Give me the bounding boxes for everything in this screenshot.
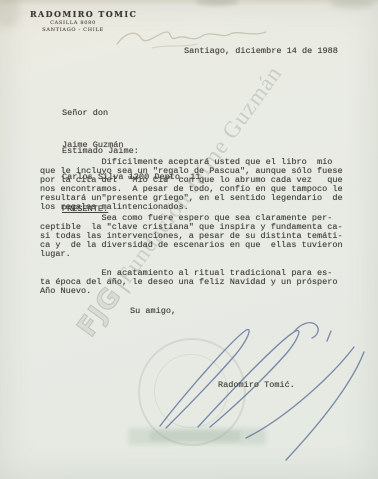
scanned-letter-page: FJG Fundación Jaime Guzmán RADOMIRO TOMI… — [0, 0, 378, 479]
emblem-inner-ring — [154, 354, 228, 428]
signer-name: Radomiro Tomić. — [218, 380, 295, 390]
faint-stamp — [128, 428, 266, 445]
letterhead-name: RADOMIRO TOMIC — [30, 9, 116, 19]
paragraph-2: Sea como fuere espero que sea claramente… — [40, 214, 343, 259]
letterhead: RADOMIRO TOMIC CASILLA 8080 SANTIAGO - C… — [30, 9, 116, 33]
paragraph-1: Difícilmente aceptará usted que el libro… — [40, 158, 343, 211]
faint-stamp-text-blur — [150, 431, 240, 441]
date-line: Santiago, diciembre 14 de 1988 — [184, 46, 338, 56]
scan-edge-shading — [0, 0, 378, 6]
signature-ink — [146, 314, 376, 466]
letterhead-city: SANTIAGO - CHILE — [30, 27, 116, 33]
closing-line: Su amigo, — [130, 306, 176, 316]
paragraph-3: En acatamiento al ritual tradicional par… — [40, 269, 337, 296]
letterhead-pobox: CASILLA 8080 — [30, 20, 116, 26]
recipient-title: Señor don — [62, 108, 200, 119]
salutation: Estimado Jaime: — [62, 146, 139, 156]
emblem-watermark — [138, 338, 246, 446]
